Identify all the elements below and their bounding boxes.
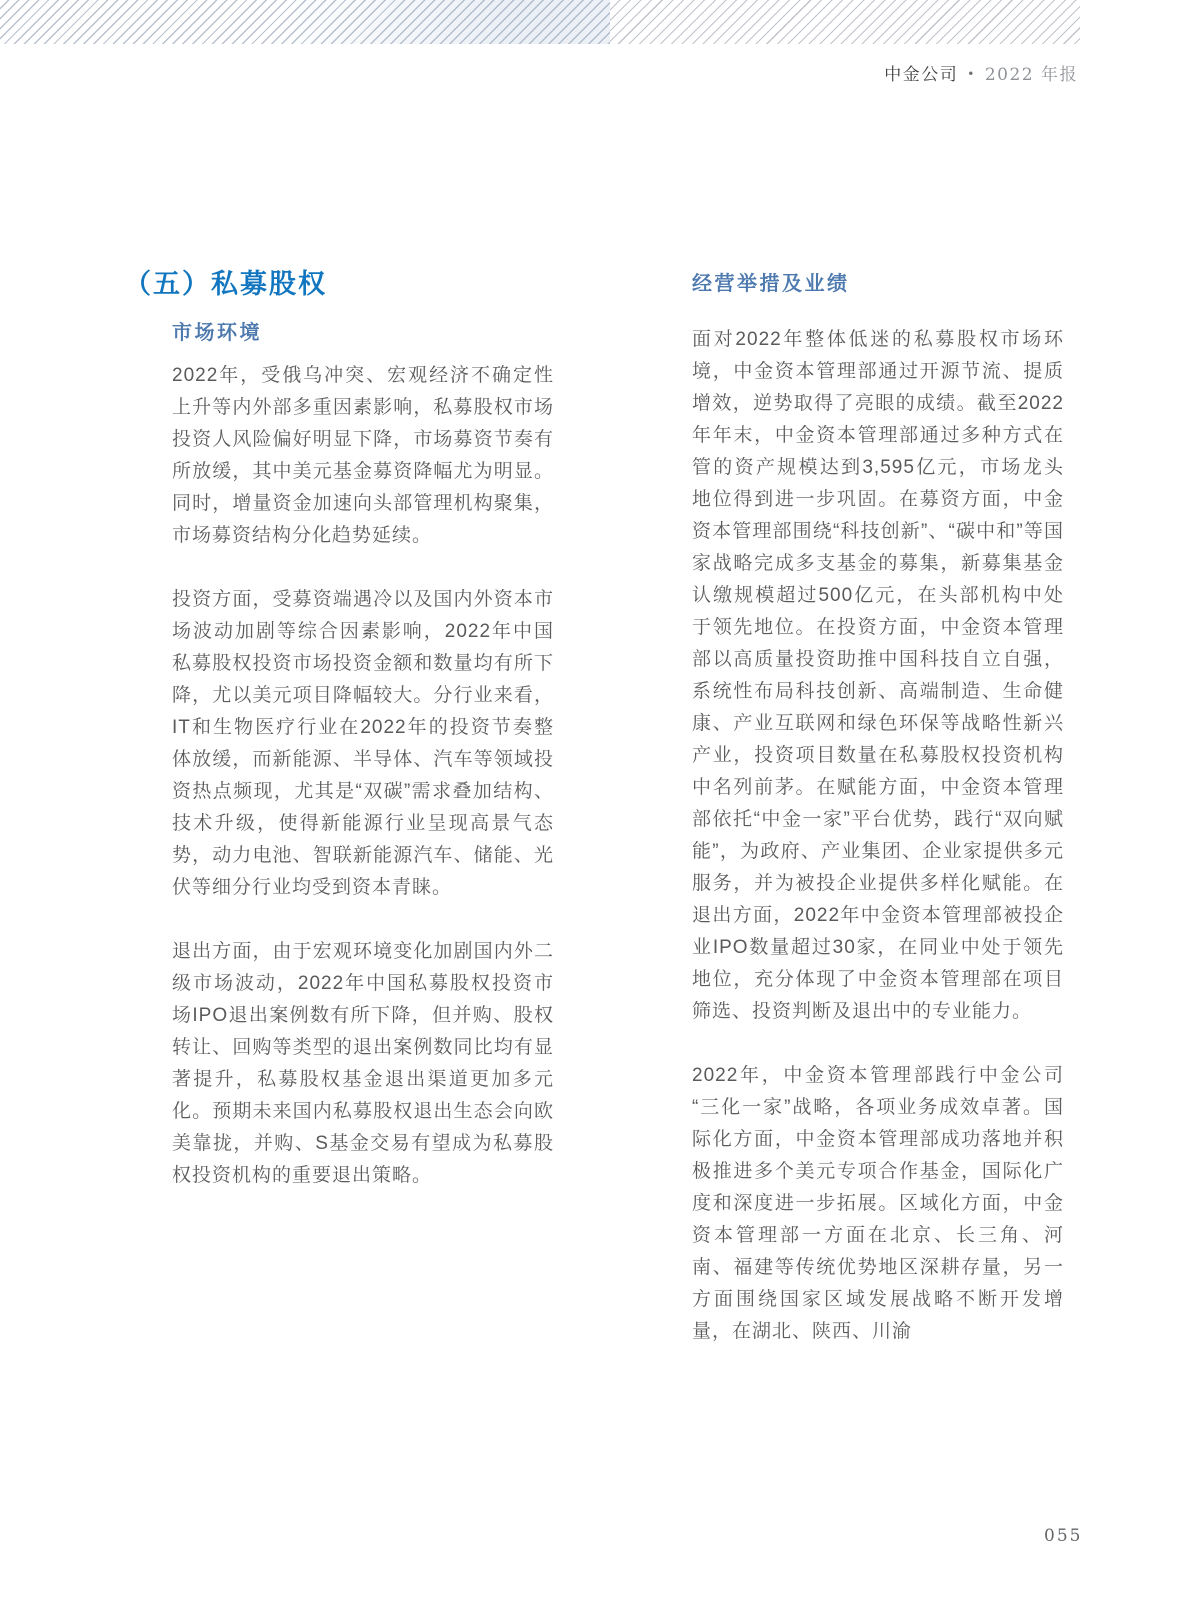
paragraph-cicc-capital-performance: 面对2022年整体低迷的私募股权市场环境，中金资本管理部通过开源节流、提质增效，… [692,324,1064,1028]
bullet-separator: • [967,67,976,81]
paragraph-market-overview: 2022年，受俄乌冲突、宏观经济不确定性上升等内外部多重因素影响，私募股权市场投… [172,360,554,552]
subsection-title-market-environment: 市场环境 [172,321,554,345]
annual-report-page: 中金公司•2022 年报 （五）私募股权 市场环境 2022年，受俄乌冲突、宏观… [0,0,1190,1615]
right-column: 经营举措及业绩 面对2022年整体低迷的私募股权市场环境，中金资本管理部通过开源… [692,272,1064,1348]
paragraph-exit-trends: 退出方面，由于宏观环境变化加剧国内外二级市场波动，2022年中国私募股权投资市场… [172,936,554,1192]
running-head: 中金公司•2022 年报 [884,60,1078,85]
left-column-body: 市场环境 2022年，受俄乌冲突、宏观经济不确定性上升等内外部多重因素影响，私募… [172,321,554,1192]
report-edition: 2022 年报 [985,65,1078,85]
hatch-pattern-right [610,0,1080,44]
paragraph-strategy-implementation: 2022年，中金资本管理部践行中金公司“三化一家”战略，各项业务成效卓著。国际化… [692,1060,1064,1348]
subsection-title-operations-results: 经营举措及业绩 [692,272,1064,296]
hatch-pattern-left [0,0,610,44]
page-number: 055 [1044,1526,1082,1546]
left-column: （五）私募股权 市场环境 2022年，受俄乌冲突、宏观经济不确定性上升等内外部多… [124,266,554,1192]
section-title-private-equity: （五）私募股权 [124,266,554,302]
company-name: 中金公司 [884,65,958,85]
paragraph-investment-trends: 投资方面，受募资端遇冷以及国内外资本市场波动加剧等综合因素影响，2022年中国私… [172,584,554,904]
